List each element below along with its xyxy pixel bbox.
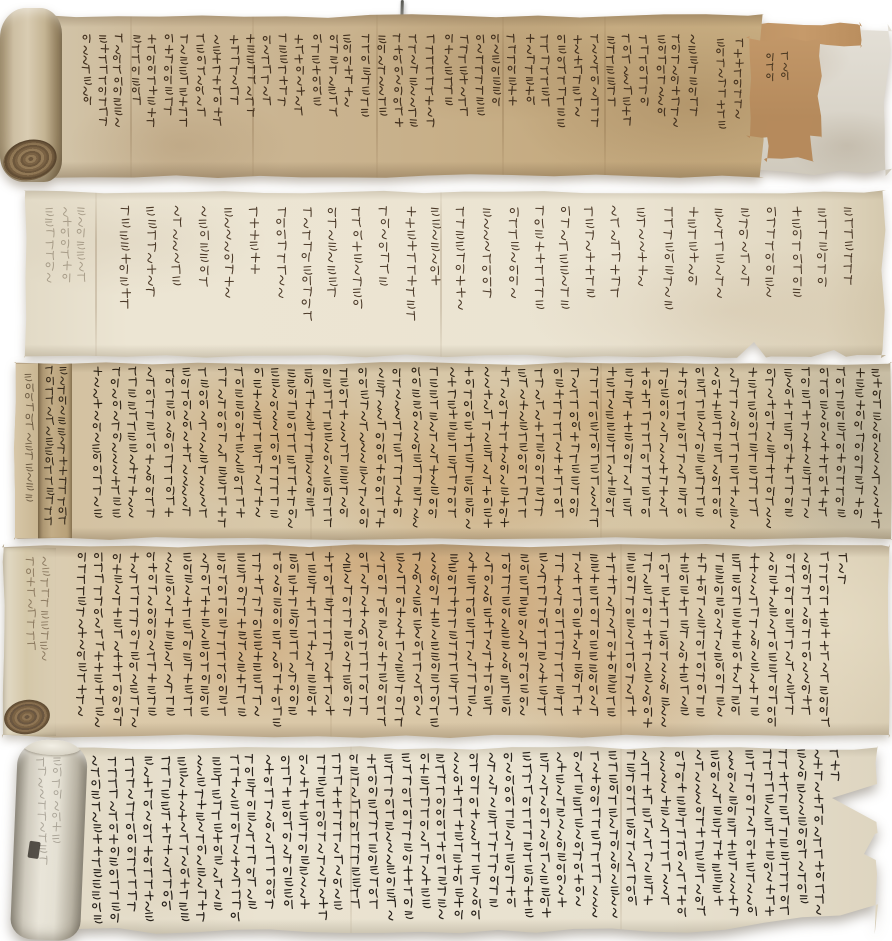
scroll-5-handwriting: [56, 746, 878, 934]
scroll-1-handwriting: [34, 14, 764, 178]
fold-crease: [330, 544, 332, 738]
fold-crease: [620, 544, 622, 738]
fold-crease: [95, 190, 97, 358]
scroll-4-paper: [2, 544, 890, 738]
scroll-2: [24, 190, 886, 358]
scroll-5-paper: [56, 746, 878, 934]
scroll-5-roller-showthrough: [10, 739, 88, 941]
scroll-1-paper-fragment: [764, 116, 814, 162]
fold-crease: [252, 14, 254, 178]
scroll-1: [0, 8, 892, 184]
fold-crease: [502, 14, 504, 178]
fold-crease: [310, 362, 312, 540]
fold-crease: [600, 362, 602, 540]
fold-crease: [440, 190, 442, 358]
scroll-5: [16, 742, 878, 938]
scroll-1-paper: [34, 14, 764, 178]
scroll-3-handwriting: [14, 362, 892, 540]
scroll-4: [2, 544, 890, 738]
scroll-3-paper: [14, 362, 892, 540]
scroll-3: [14, 362, 892, 540]
fold-crease: [620, 746, 622, 934]
scroll-2-paper: [24, 190, 886, 358]
manuscript-photo: [0, 0, 892, 941]
fold-crease: [604, 14, 606, 178]
fold-crease: [376, 14, 378, 178]
scroll-4-handwriting: [2, 544, 890, 738]
scroll-5-roller: [10, 739, 88, 941]
fold-crease: [350, 746, 352, 934]
fold-crease: [130, 14, 132, 178]
scroll-2-handwriting: [24, 190, 886, 358]
